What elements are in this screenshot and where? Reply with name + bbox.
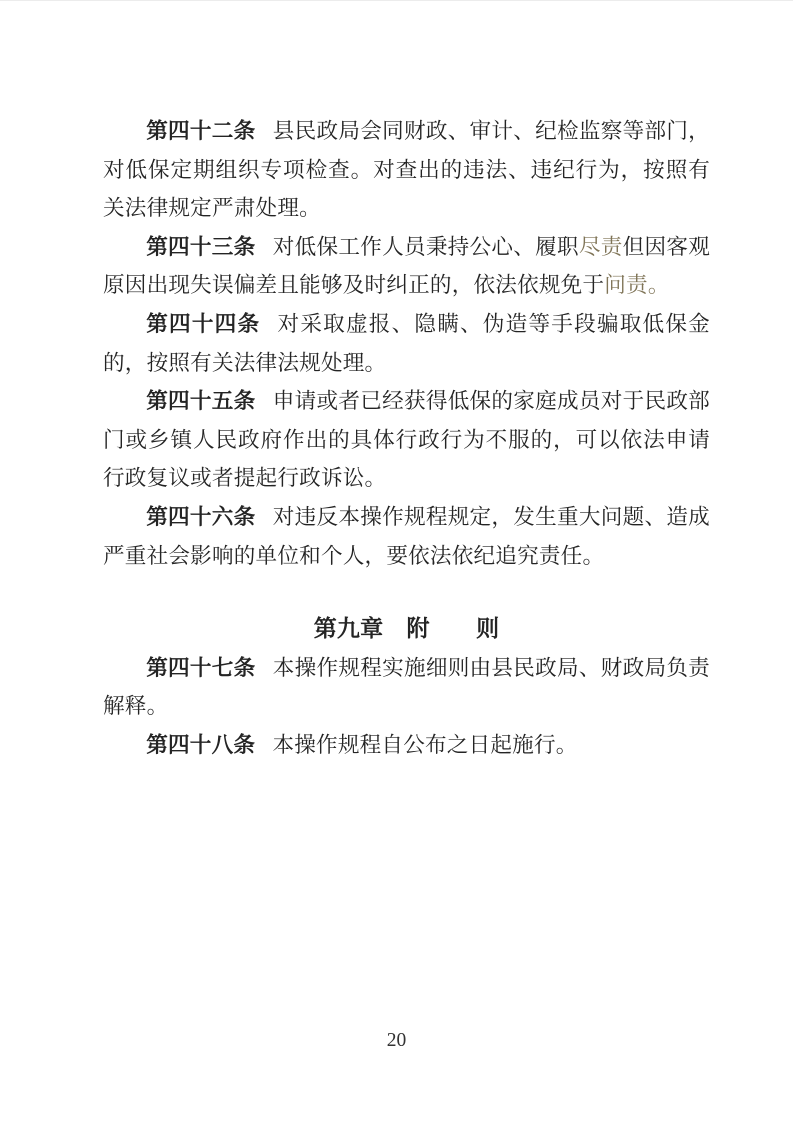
article-47-paragraph: 第四十七条本操作规程实施细则由县民政局、财政局负责解释。: [103, 649, 710, 726]
article-43-highlight-segment: 问责。: [604, 273, 669, 297]
article-43-number: 第四十三条: [146, 235, 255, 259]
article-47-number: 第四十七条: [146, 656, 255, 680]
article-44-paragraph: 第四十四条对采取虚报、隐瞒、伪造等手段骗取低保金的，按照有关法律法规处理。: [103, 305, 710, 382]
article-46-paragraph: 第四十六条对违反本操作规程规定，发生重大问题、造成严重社会影响的单位和个人，要依…: [103, 498, 710, 575]
article-42-paragraph: 第四十二条县民政局会同财政、审计、纪检监察等部门，对低保定期组织专项检查。对查出…: [103, 112, 710, 228]
document-page: 第四十二条县民政局会同财政、审计、纪检监察等部门，对低保定期组织专项检查。对查出…: [0, 0, 793, 1122]
article-48-paragraph: 第四十八条本操作规程自公布之日起施行。: [103, 726, 710, 765]
page-number: 20: [0, 1030, 793, 1052]
document-content: 第四十二条县民政局会同财政、审计、纪检监察等部门，对低保定期组织专项检查。对查出…: [103, 112, 710, 765]
article-43-highlight-segment: 尽责: [579, 235, 623, 259]
article-48-number: 第四十八条: [146, 733, 255, 757]
article-44-number: 第四十四条: [146, 312, 260, 336]
article-45-number: 第四十五条: [146, 389, 255, 413]
article-45-paragraph: 第四十五条申请或者已经获得低保的家庭成员对于民政部门或乡镇人民政府作出的具体行政…: [103, 382, 710, 498]
chapter-heading: 第九章 附 则: [103, 610, 710, 649]
article-43-text-segment: 对低保工作人员秉持公心、履职: [273, 235, 579, 259]
article-43-paragraph: 第四十三条对低保工作人员秉持公心、履职尽责但因客观原因出现失误偏差且能够及时纠正…: [103, 228, 710, 305]
article-48-text: 本操作规程自公布之日起施行。: [272, 733, 577, 757]
article-42-number: 第四十二条: [146, 119, 255, 143]
article-46-number: 第四十六条: [146, 505, 255, 529]
